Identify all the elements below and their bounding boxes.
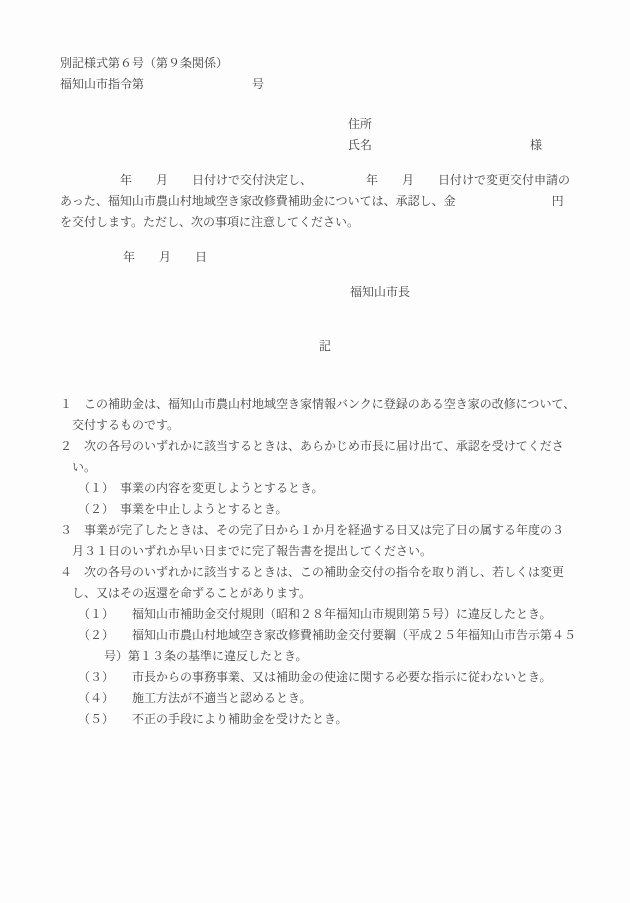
note-item-2-sub-2: （２） 事業を中止しようとするとき。 [78,499,590,520]
form-number-label: 別記様式第６号（第９条関係） [60,53,590,74]
date-line: 年 月 日 [123,247,590,268]
note-item-4: ４ 次の各号のいずれかに該当するときは、この補助金交付の指令を取り消し、若しくは… [60,562,590,583]
name-label: 氏名 [348,138,372,152]
directive-suffix: 号 [252,77,264,91]
signer-title: 福知山市長 [350,282,590,303]
name-line: 氏名様 [348,135,590,156]
note-item-2-cont: い。 [72,457,590,478]
note-item-2-sub-1: （１） 事業の内容を変更しようとするとき。 [78,478,590,499]
signer-block: 福知山市長 [350,282,590,303]
note-item-4-sub-4: （４） 施工方法が不適当と認めるとき。 [78,688,590,709]
note-item-4-sub-5: （５） 不正の手段により補助金を受けたとき。 [78,709,590,730]
section-marker-block: 記 [60,336,590,357]
paragraph-line-3: を交付します。ただし、次の事項に注意してください。 [60,212,590,233]
section-marker: 記 [60,336,590,357]
decision-paragraph: 年 月 日付けで交付決定し、 年 月 日付けで変更交付申請の あった、福知山市農… [60,170,590,233]
paragraph-line-2: あった、福知山市農山村地域空き家改修費補助金については、承認し、金 円 [60,191,590,212]
note-item-3: ３ 事業が完了したときは、その完了日から１か月を経過する日又は完了日の属する年度… [60,520,590,541]
directive-number-line: 福知山市指令第号 [60,74,590,95]
note-item-2: ２ 次の各号のいずれかに該当するときは、あらかじめ市長に届け出て、承認を受けてく… [60,436,590,457]
note-item-4-sub-3: （３） 市長からの事務事業、又は補助金の使途に関する必要な指示に従わないとき。 [78,667,590,688]
note-item-4-cont: し、又はその返還を命ずることがあります。 [72,583,590,604]
document-header: 別記様式第６号（第９条関係） 福知山市指令第号 [60,53,590,95]
note-item-1-cont: 交付するものです。 [72,415,590,436]
note-item-1: １ この補助金は、福知山市農山村地域空き家情報バンクに登録のある空き家の改修につ… [60,394,590,415]
document-page: 別記様式第６号（第９条関係） 福知山市指令第号 住所 氏名様 年 月 日付けで交… [0,0,630,903]
note-item-4-sub-2-cont: 号）第１３条の基準に違反したとき。 [104,646,590,667]
notes-list: １ この補助金は、福知山市農山村地域空き家情報バンクに登録のある空き家の改修につ… [60,394,590,730]
paragraph-line-1: 年 月 日付けで交付決定し、 年 月 日付けで変更交付申請の [60,170,590,191]
date-block: 年 月 日 [123,247,590,268]
note-item-3-cont: 月３１日のいずれか早い日までに完了報告書を提出してください。 [72,541,590,562]
note-item-4-sub-1: （１） 福知山市補助金交付規則（昭和２８年福知山市規則第５号）に違反したとき。 [78,604,590,625]
honorific-label: 様 [530,138,542,152]
address-label: 住所 [348,114,590,135]
addressee-block: 住所 氏名様 [348,114,590,156]
directive-prefix: 福知山市指令第 [60,77,144,91]
note-item-4-sub-2: （２） 福知山市農山村地域空き家改修費補助金交付要綱（平成２５年福知山市告示第４… [78,625,590,646]
